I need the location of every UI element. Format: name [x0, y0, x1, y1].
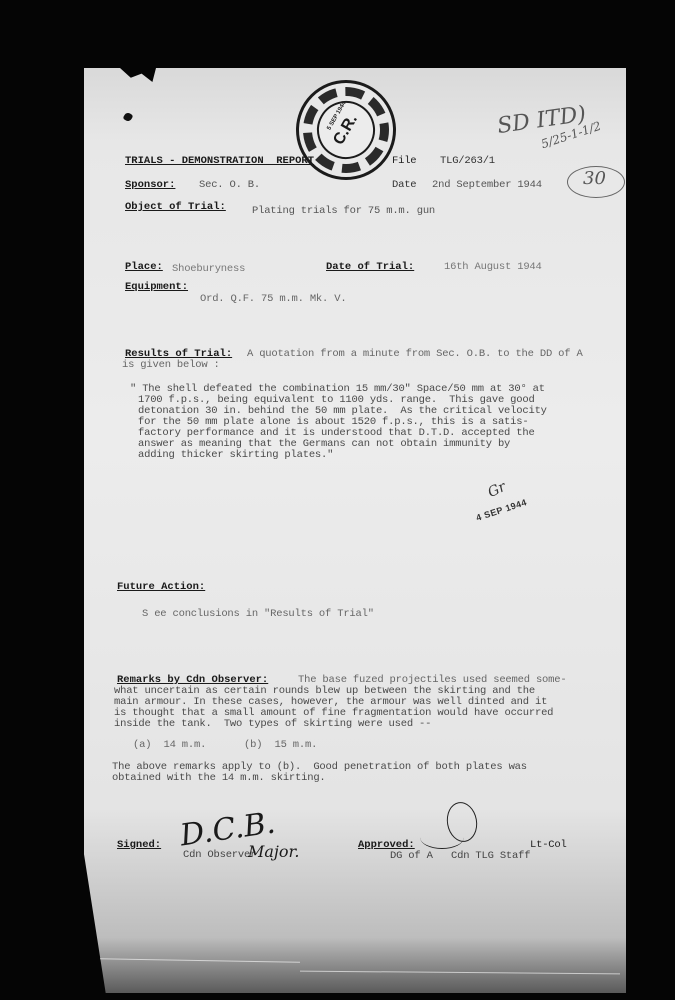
approval-signature-stroke: [420, 826, 464, 849]
file-value: TLG/263/1: [440, 156, 495, 167]
folio-number: 30: [583, 168, 606, 189]
text-line: inside the tank. Two types of skirting w…: [114, 719, 431, 730]
signed-label: Signed:: [117, 840, 161, 851]
skirting-option-a: (a) 14 m.m.: [133, 740, 206, 751]
place-label: Place:: [125, 262, 163, 273]
date-of-trial-value: 16th August 1944: [444, 262, 542, 273]
equipment-value: Ord. Q.F. 75 m.m. Mk. V.: [200, 294, 346, 305]
equipment-label: Equipment:: [125, 282, 188, 293]
date-of-trial-label: Date of Trial:: [326, 262, 414, 273]
approved-title: DG of A Cdn TLG Staff: [390, 851, 530, 862]
date-label: Date: [392, 180, 416, 191]
file-label: File: [392, 156, 416, 167]
text-line: adding thicker skirting plates.": [138, 450, 333, 461]
signed-title: Cdn Observer: [183, 850, 256, 861]
results-intro: A quotation from a minute from Sec. O.B.…: [247, 349, 583, 360]
skirting-option-b: (b) 15 m.m.: [244, 740, 317, 751]
signed-rank: Major.: [248, 842, 300, 861]
results-intro-cont: is given below :: [122, 360, 220, 371]
object-value: Plating trials for 75 m.m. gun: [252, 206, 435, 217]
sponsor-value: Sec. O. B.: [199, 180, 260, 191]
place-value: Shoeburyness: [172, 264, 245, 275]
approved-rank: Lt-Col: [530, 840, 567, 851]
future-action-label: Future Action:: [117, 582, 205, 593]
object-label: Object of Trial:: [125, 202, 226, 213]
future-action-value: S ee conclusions in "Results of Trial": [142, 609, 374, 620]
text-line: obtained with the 14 m.m. skirting.: [112, 773, 326, 784]
report-heading: TRIALS - DEMONSTRATION REPORT: [125, 156, 314, 167]
date-value: 2nd September 1944: [432, 180, 542, 191]
sponsor-label: Sponsor:: [125, 180, 175, 191]
